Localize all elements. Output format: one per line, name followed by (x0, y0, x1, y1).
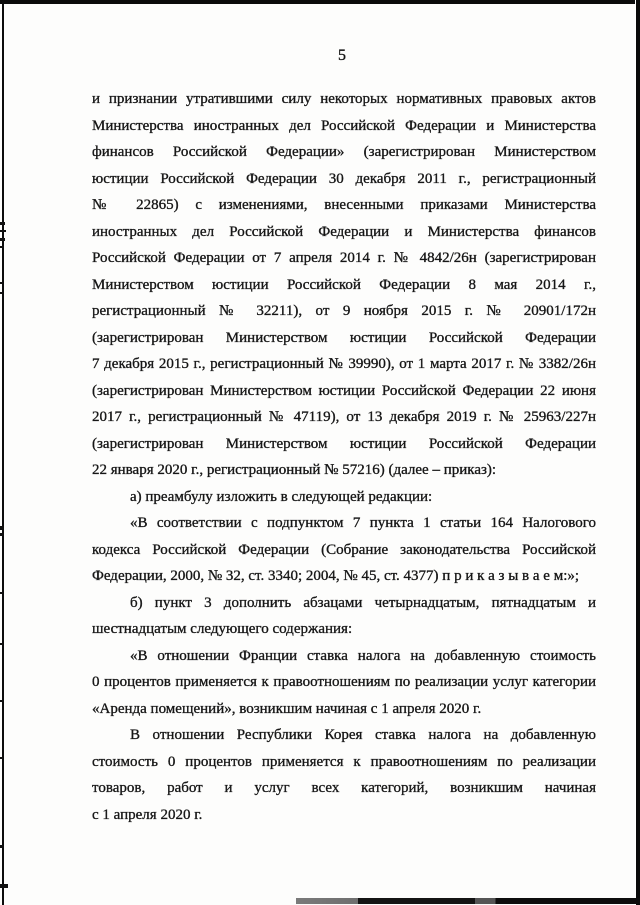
document-body: и признании утратившими силу некоторых н… (92, 86, 596, 828)
text-line: кодекса Российской Федерации (Собрание з… (92, 537, 596, 564)
text-line: 0 процентов применяется к правоотношения… (92, 669, 596, 696)
text-line: шестнадцатым следующего содержания: (92, 616, 596, 643)
scan-noise (0, 700, 4, 702)
scan-noise (0, 246, 4, 248)
text-line: (зарегистрирован Министерством юстиции Р… (92, 378, 596, 405)
text-line: регистрационный № 32211), от 9 ноября 20… (92, 298, 596, 325)
scan-noise (0, 222, 5, 225)
scan-noise (0, 230, 6, 232)
scanned-document-page: 5 и признании утратившими силу некоторых… (0, 0, 640, 905)
scan-edge-left (2, 0, 4, 905)
text-line: с 1 апреля 2020 г. (92, 802, 596, 829)
text-line: 2017 г., регистрационный № 47119), от 13… (92, 404, 596, 431)
text-line: № 22865) с изменениями, внесенными прика… (92, 192, 596, 219)
text-line: иностранных дел Российской Федерации и М… (92, 219, 596, 246)
scan-edge-bottom (296, 898, 640, 904)
text-line: и признании утратившими силу некоторых н… (92, 86, 596, 113)
scan-noise (0, 238, 5, 241)
text-line: В отношении Республики Корея ставка нало… (92, 722, 596, 749)
scan-edge-top (0, 0, 640, 4)
scan-noise (0, 292, 3, 294)
text-line: а) преамбулу изложить в следующей редакц… (92, 484, 596, 511)
text-line: товаров, работ и услуг всех категорий, в… (92, 775, 596, 802)
scan-noise (0, 643, 3, 645)
page-number: 5 (22, 42, 640, 69)
text-line: 22 января 2020 г., регистрационный № 572… (92, 457, 596, 484)
scan-noise (0, 526, 4, 530)
text-line: (зарегистрирован Министерством юстиции Р… (92, 431, 596, 458)
text-line: Российской Федерации от 7 апреля 2014 г.… (92, 245, 596, 272)
text-line: Министерством юстиции Российской Федерац… (92, 272, 596, 299)
text-line: стоимость 0 процентов применяется к прав… (92, 749, 596, 776)
scan-noise (0, 533, 4, 536)
scan-noise (0, 592, 3, 594)
text-line: «Аренда помещений», возникшим начиная с … (92, 696, 596, 723)
text-line: б) пункт 3 дополнить абзацами четырнадца… (92, 590, 596, 617)
text-line: юстиции Российской Федерации 30 декабря … (92, 166, 596, 193)
text-line: Министерства иностранных дел Российской … (92, 113, 596, 140)
text-line: (зарегистрирован Министерством юстиции Р… (92, 325, 596, 352)
text-line: Федерации, 2000, № 32, ст. 3340; 2004, №… (92, 563, 596, 590)
scan-edge-right (636, 0, 640, 905)
scan-noise (0, 884, 8, 888)
scan-noise (0, 282, 3, 284)
scan-noise (0, 757, 3, 759)
text-line: 7 декабря 2015 г., регистрационный № 399… (92, 351, 596, 378)
text-line: финансов Российской Федерации» (зарегист… (92, 139, 596, 166)
text-line: «В отношении Франции ставка налога на до… (92, 643, 596, 670)
text-line: «В соответствии с подпунктом 7 пункта 1 … (92, 510, 596, 537)
scan-noise (0, 845, 4, 848)
